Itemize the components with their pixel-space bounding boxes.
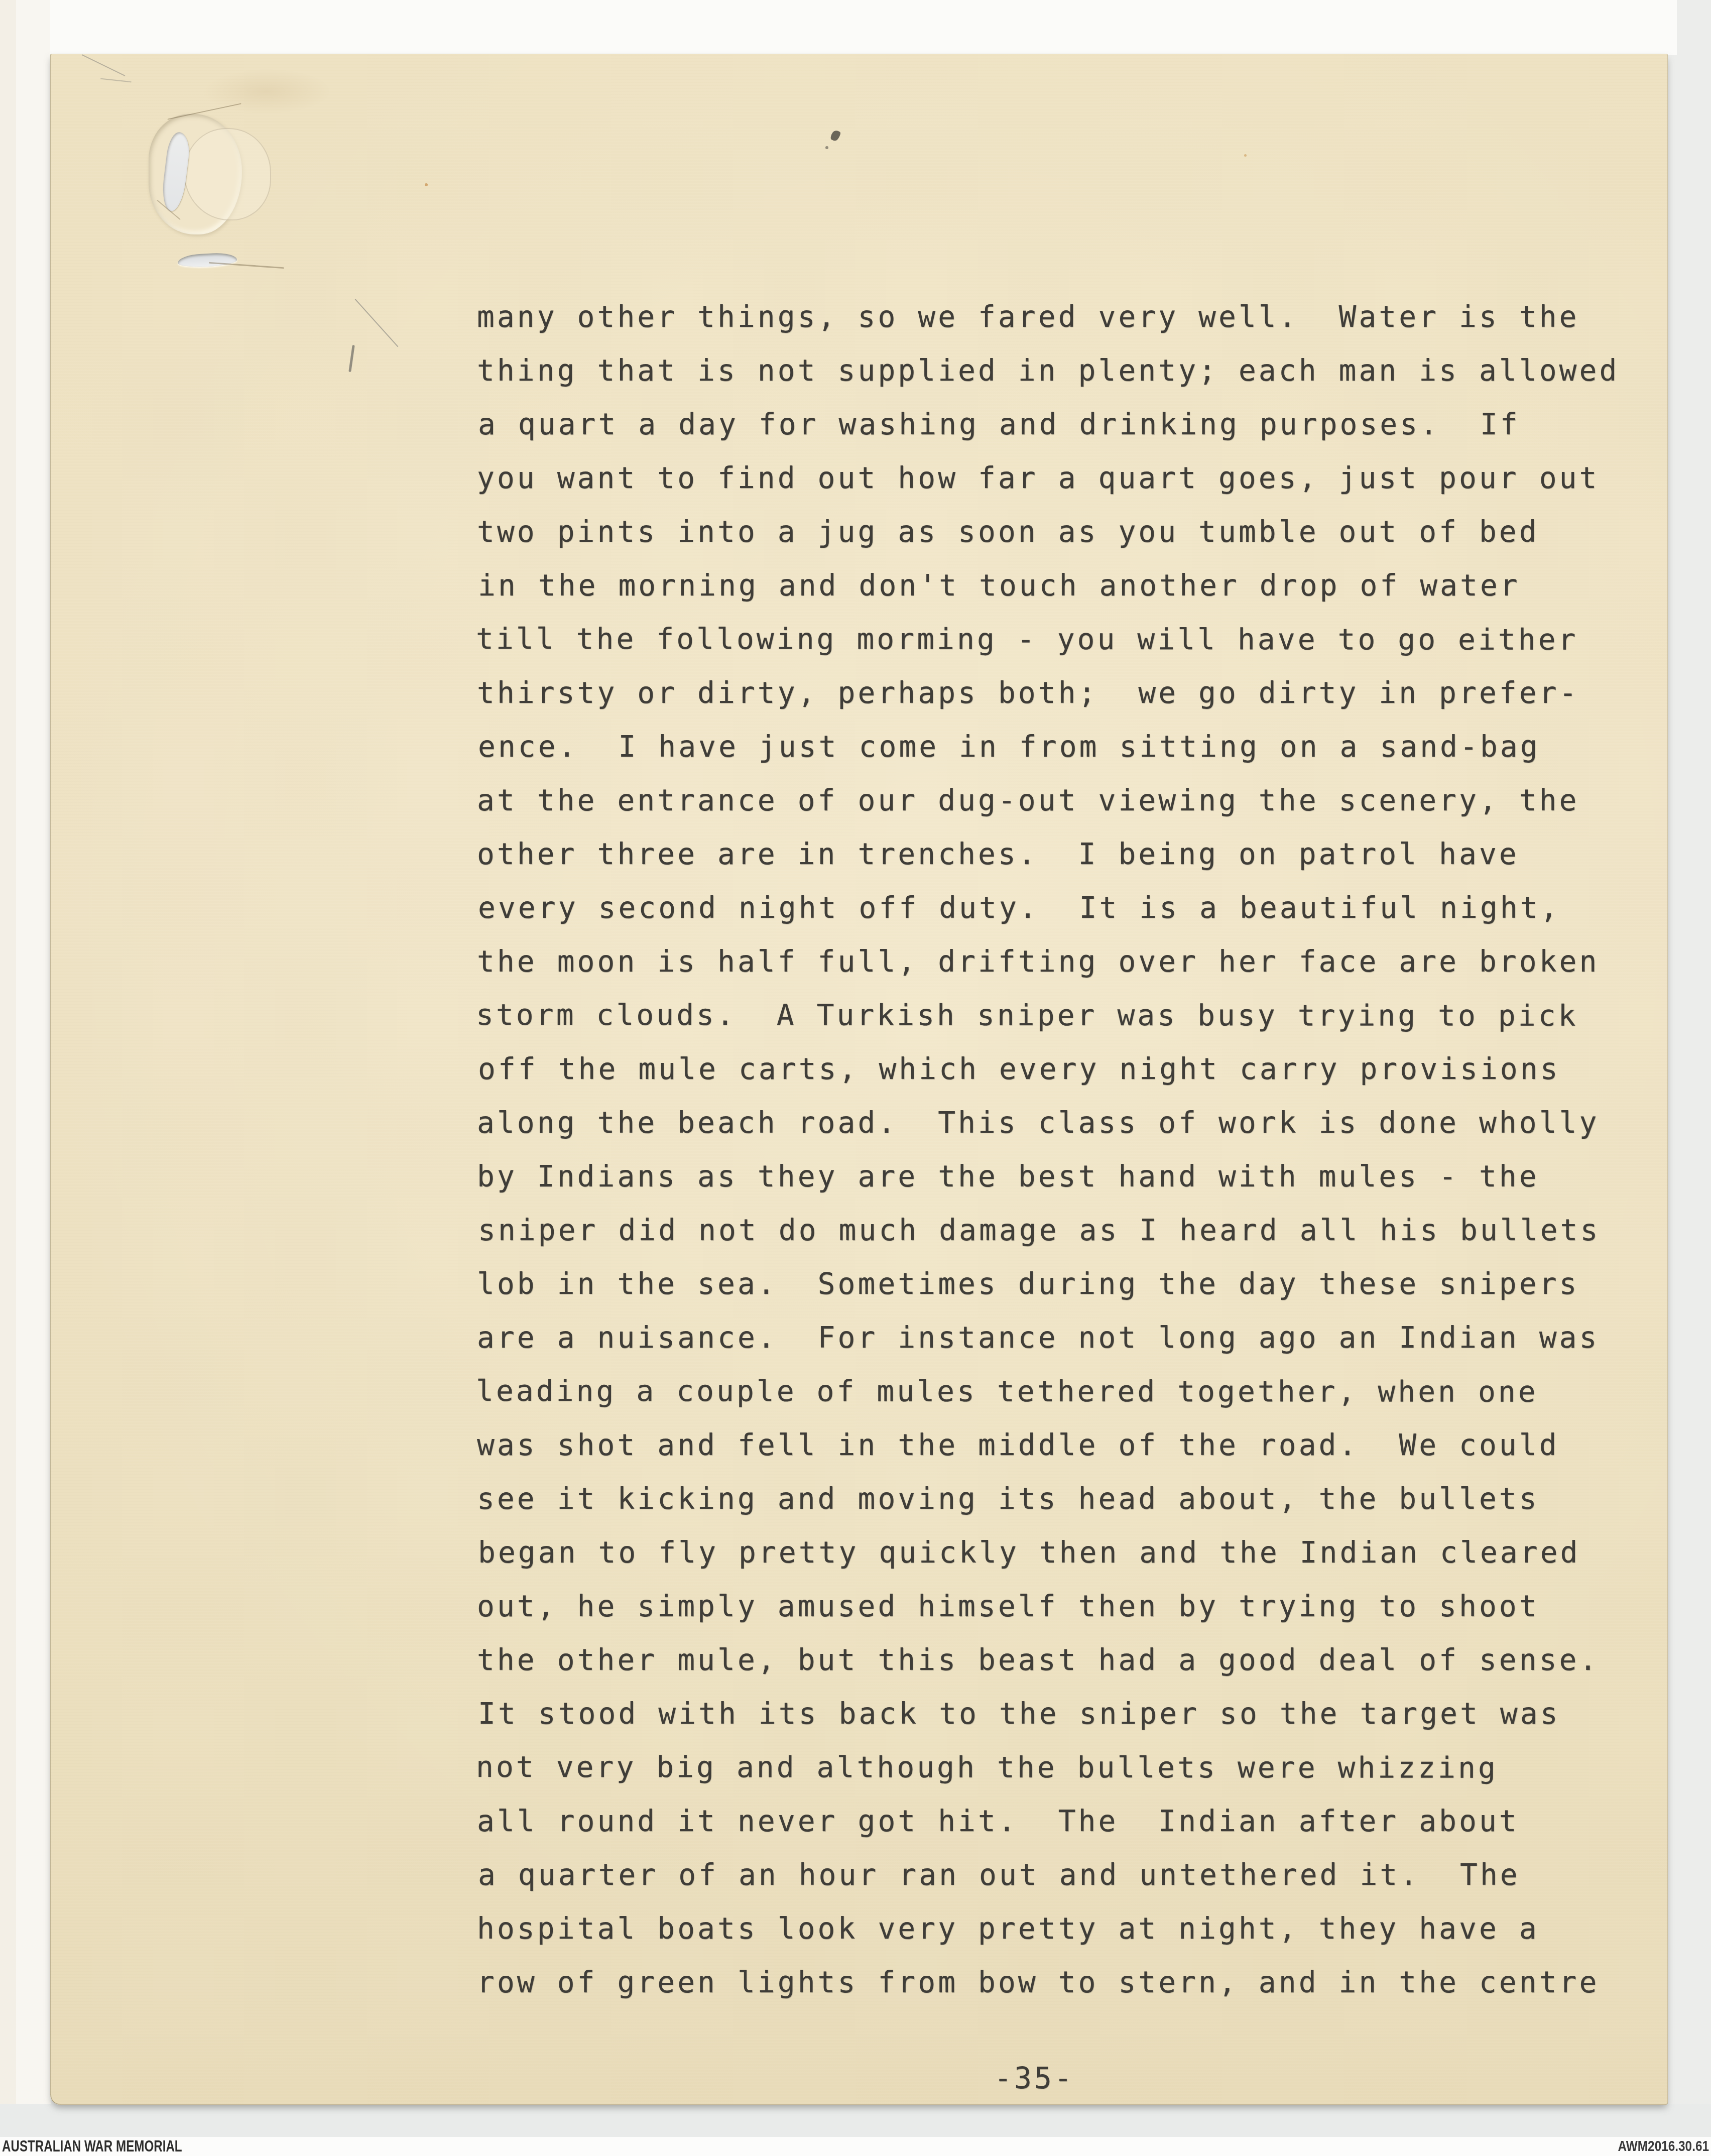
footer-bar: AUSTRALIAN WAR MEMORIAL AWM2016.30.61 xyxy=(0,2137,1711,2156)
text-line: you want to find out how far a quart goe… xyxy=(477,451,1682,505)
scan-edge-strip xyxy=(0,0,16,2156)
text-line: two pints into a jug as soon as you tumb… xyxy=(477,505,1682,559)
text-line: by Indians as they are the best hand wit… xyxy=(477,1150,1682,1204)
scan-left-margin xyxy=(16,0,51,2156)
text-line: the moon is half full, drifting over her… xyxy=(477,935,1682,989)
paper-spot xyxy=(425,183,428,186)
text-line: row of green lights from bow to stern, a… xyxy=(477,1956,1682,2009)
text-line: out, he simply amused himself then by tr… xyxy=(477,1580,1682,1633)
text-line: lob in the sea. Sometimes during the day… xyxy=(477,1257,1682,1311)
pencil-mark xyxy=(348,345,354,372)
text-line: the other mule, but this beast had a goo… xyxy=(477,1633,1682,1687)
text-line: not very big and although the bullets we… xyxy=(476,1740,1681,1795)
ink-speck xyxy=(825,146,828,149)
text-line: see it kicking and moving its head about… xyxy=(477,1472,1682,1526)
text-line: thirsty or dirty, perhaps both; we go di… xyxy=(477,666,1682,720)
paper-spot xyxy=(1244,154,1247,157)
torn-hole-bulge xyxy=(184,128,271,220)
text-line: many other things, so we fared very well… xyxy=(477,290,1682,344)
pencil-mark xyxy=(100,78,132,82)
text-line: at the entrance of our dug-out viewing t… xyxy=(477,774,1682,827)
text-line: hospital boats look very pretty at night… xyxy=(477,1902,1682,1956)
text-line: till the following morming - you will ha… xyxy=(476,612,1681,667)
ink-speck xyxy=(829,129,842,142)
text-line: other three are in trenches. I being on … xyxy=(477,827,1682,881)
page-number: -35- xyxy=(934,2061,1135,2095)
text-line: a quarter of an hour ran out and untethe… xyxy=(478,1848,1683,1902)
text-line: storm clouds. A Turkish sniper was busy … xyxy=(476,988,1681,1043)
text-line: are a nuisance. For instance not long ag… xyxy=(477,1311,1682,1365)
scanned-document-screenshot: { "document": { "kind": "typewritten-let… xyxy=(0,0,1711,2156)
text-line: in the morning and don't touch another d… xyxy=(478,559,1683,613)
archive-name: AUSTRALIAN WAR MEMORIAL xyxy=(2,2137,182,2155)
text-line: sniper did not do much damage as I heard… xyxy=(478,1204,1683,1257)
text-line: off the mule carts, which every night ca… xyxy=(478,1042,1683,1096)
paper-stain xyxy=(201,69,331,114)
text-line: ence. I have just come in from sitting o… xyxy=(478,720,1683,774)
text-line: along the beach road. This class of work… xyxy=(477,1096,1682,1150)
item-id: AWM2016.30.61 xyxy=(1618,2138,1709,2155)
torn-hole xyxy=(149,114,242,234)
text-line: every second night off duty. It is a bea… xyxy=(478,881,1683,935)
text-line: It stood with its back to the sniper so … xyxy=(478,1687,1683,1741)
typewritten-text: many other things, so we fared very well… xyxy=(477,290,1682,2009)
text-line: all round it never got hit. The Indian a… xyxy=(477,1794,1682,1848)
text-line: began to fly pretty quickly then and the… xyxy=(478,1526,1683,1580)
scan-top-margin xyxy=(50,0,1677,55)
text-line: a quart a day for washing and drinking p… xyxy=(478,398,1683,451)
text-line: was shot and fell in the middle of the r… xyxy=(477,1418,1682,1472)
pencil-mark xyxy=(355,299,399,347)
text-line: leading a couple of mules tethered toget… xyxy=(476,1364,1681,1419)
pencil-mark xyxy=(81,54,125,76)
torn-hole-slit-horizontal xyxy=(177,252,237,268)
paper-sheet: many other things, so we fared very well… xyxy=(50,54,1668,2105)
text-line: thing that is not supplied in plenty; ea… xyxy=(477,344,1682,398)
